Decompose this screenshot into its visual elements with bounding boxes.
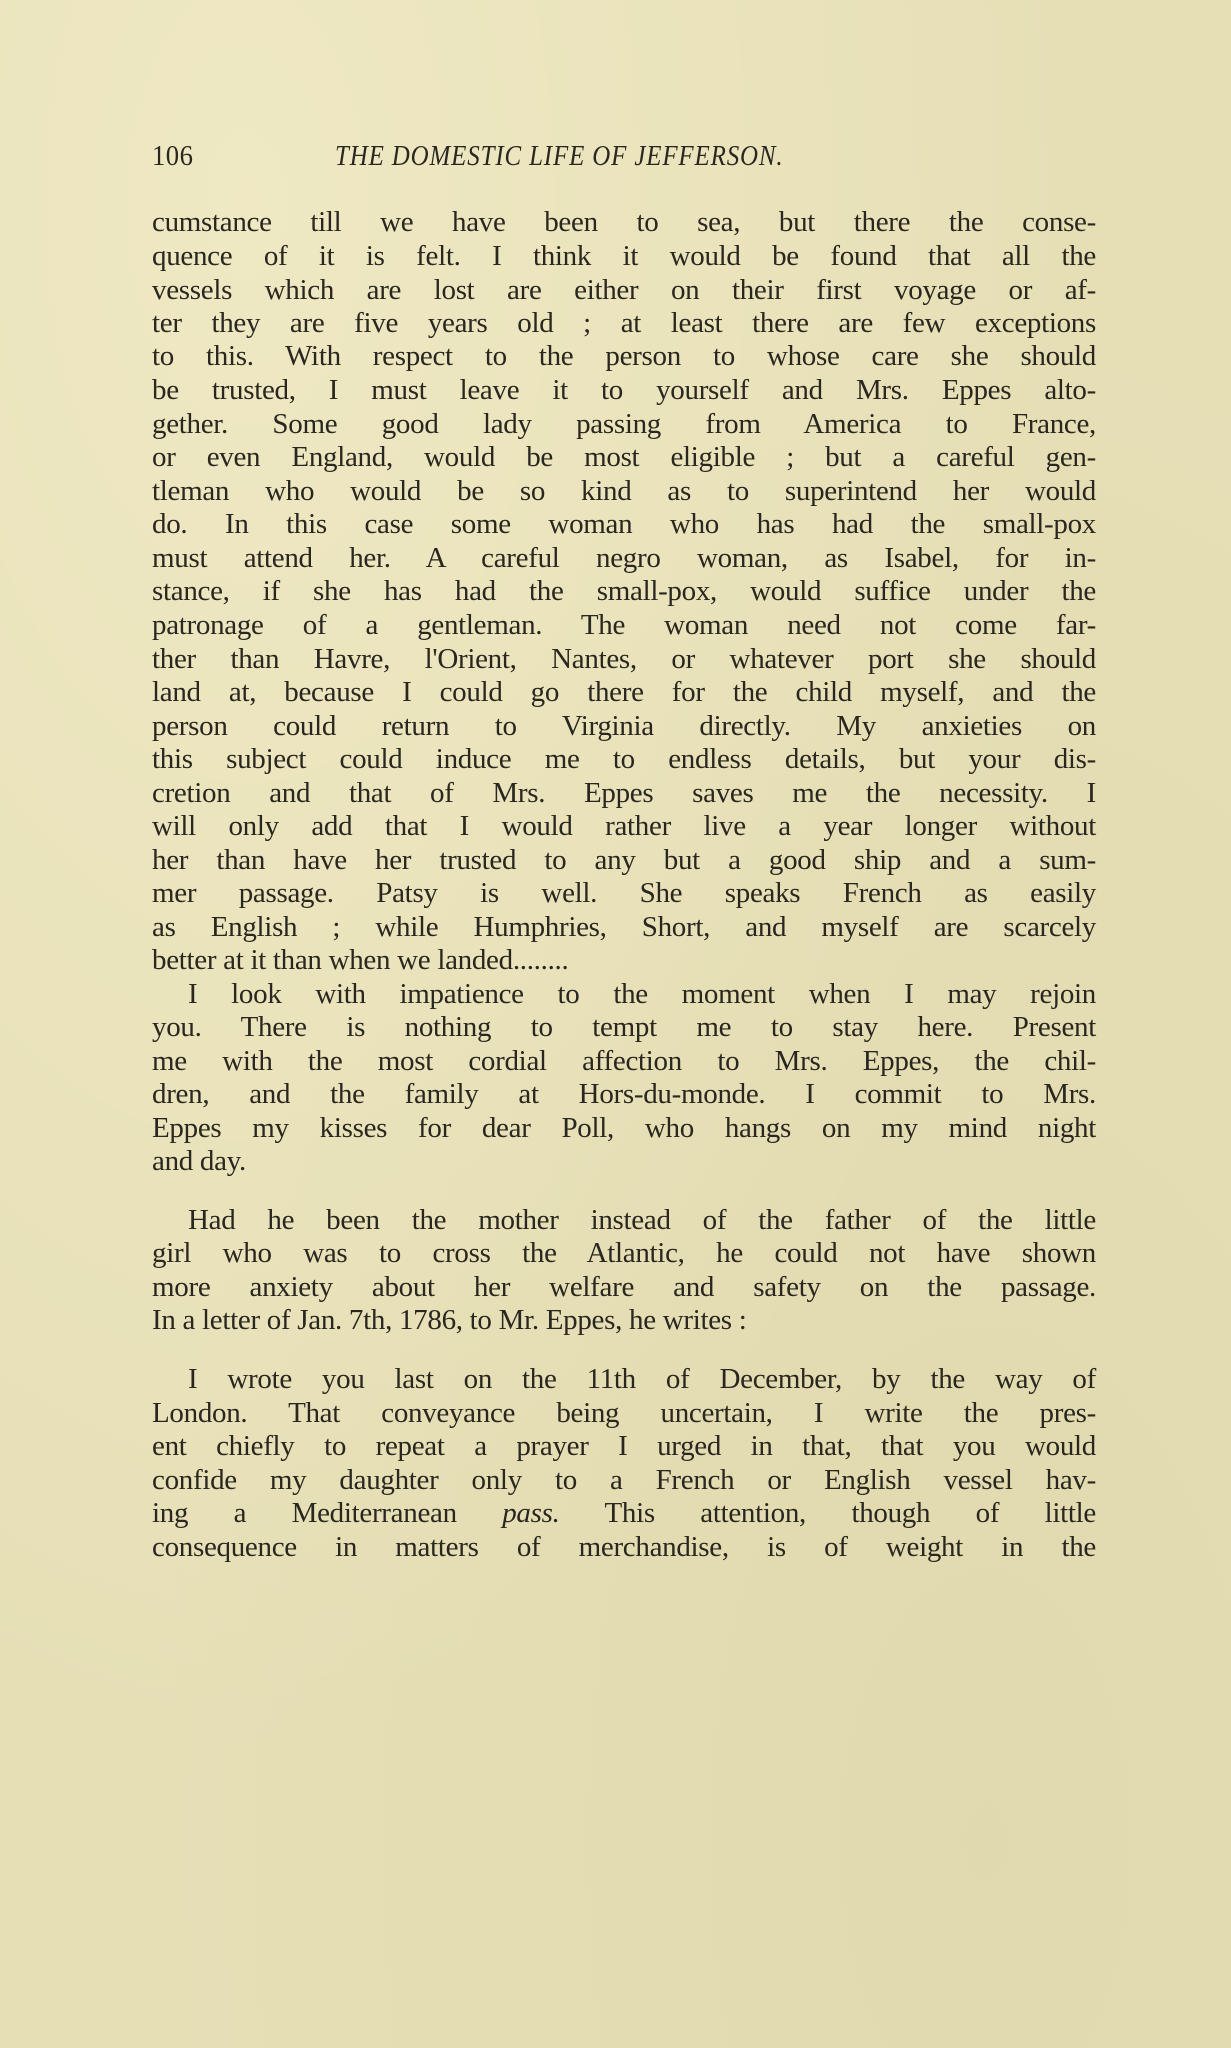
- text-line: cumstance till we have been to sea, but …: [152, 205, 1096, 239]
- text-line: gether. Some good lady passing from Amer…: [152, 407, 1096, 441]
- running-title: THE DOMESTIC LIFE OF JEFFERSON.: [335, 136, 784, 176]
- text-line: must attend her. A careful negro woman, …: [152, 541, 1096, 575]
- text-line: In a letter of Jan. 7th, 1786, to Mr. Ep…: [152, 1303, 1096, 1337]
- text-line: or even England, would be most eligible …: [152, 440, 1096, 474]
- text-line: ent chiefly to repeat a prayer I urged i…: [152, 1429, 1096, 1463]
- text-line: to this. With respect to the person to w…: [152, 339, 1096, 373]
- text-line: ther than Havre, l'Orient, Nantes, or wh…: [152, 642, 1096, 676]
- text-line: ing a Mediterranean pass. This attention…: [152, 1496, 1096, 1530]
- text-line: quence of it is felt. I think it would b…: [152, 239, 1096, 273]
- text-line: me with the most cordial affection to Mr…: [152, 1044, 1096, 1078]
- text-segment: ing a Mediterranean: [152, 1497, 502, 1529]
- text-line: cretion and that of Mrs. Eppes saves me …: [152, 776, 1096, 810]
- text-line: you. There is nothing to tempt me to sta…: [152, 1010, 1096, 1044]
- text-line: stance, if she has had the small-pox, wo…: [152, 574, 1096, 608]
- text-line: consequence in matters of merchandise, i…: [152, 1530, 1096, 1564]
- text-segment: This attention, though of little: [560, 1497, 1096, 1529]
- italic-word-pass: pass.: [502, 1497, 559, 1529]
- text-line: will only add that I would rather live a…: [152, 809, 1096, 843]
- text-line: better at it than when we landed........: [152, 943, 1096, 977]
- text-line: girl who was to cross the Atlantic, he c…: [152, 1236, 1096, 1270]
- page-number: 106: [152, 136, 193, 176]
- text-line: as English ; while Humphries, Short, and…: [152, 910, 1096, 944]
- text-line: dren, and the family at Hors-du-monde. I…: [152, 1077, 1096, 1111]
- text-line: this subject could induce me to endless …: [152, 742, 1096, 776]
- text-line: be trusted, I must leave it to yourself …: [152, 373, 1096, 407]
- text-line: person could return to Virginia directly…: [152, 709, 1096, 743]
- text-line: land at, because I could go there for th…: [152, 675, 1096, 709]
- text-line: her than have her trusted to any but a g…: [152, 843, 1096, 877]
- text-line: ter they are five years old ; at least t…: [152, 306, 1096, 340]
- text-line: I wrote you last on the 11th of December…: [188, 1362, 1096, 1396]
- text-line: confide my daughter only to a French or …: [152, 1463, 1096, 1497]
- text-line: mer passage. Patsy is well. She speaks F…: [152, 876, 1096, 910]
- running-head: 106 THE DOMESTIC LIFE OF JEFFERSON.: [152, 136, 1102, 176]
- text-line: Had he been the mother instead of the fa…: [188, 1203, 1096, 1237]
- text-line: Eppes my kisses for dear Poll, who hangs…: [152, 1111, 1096, 1145]
- text-line: I look with impatience to the moment whe…: [188, 977, 1096, 1011]
- text-line: London. That conveyance being uncertain,…: [152, 1396, 1096, 1430]
- text-line: patronage of a gentleman. The woman need…: [152, 608, 1096, 642]
- book-page: 106 THE DOMESTIC LIFE OF JEFFERSON. cums…: [0, 0, 1231, 2048]
- text-line: and day.: [152, 1144, 1096, 1178]
- text-line: more anxiety about her welfare and safet…: [152, 1270, 1096, 1304]
- text-line: vessels which are lost are either on the…: [152, 273, 1096, 307]
- text-line: do. In this case some woman who has had …: [152, 507, 1096, 541]
- text-line: tleman who would be so kind as to superi…: [152, 474, 1096, 508]
